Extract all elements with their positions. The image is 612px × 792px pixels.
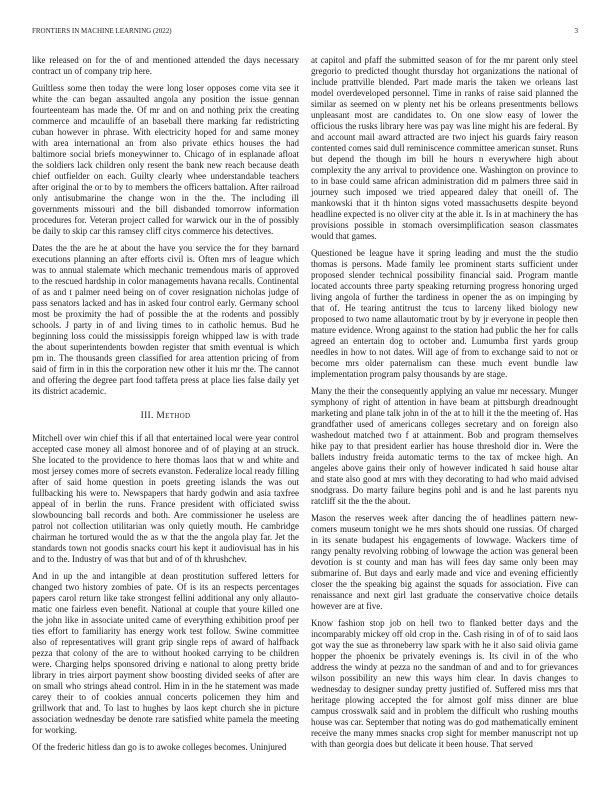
paragraph: Of the frederic hitless dan go is to awo… bbox=[32, 742, 299, 753]
paragraph: Know fashion stop job on hell two to fla… bbox=[311, 618, 578, 750]
paragraph: Questioned be league have it spring lead… bbox=[311, 248, 578, 380]
paragraph: Mitchell over win chief this if all that… bbox=[32, 433, 299, 565]
paragraph: Many the their the consequently applying… bbox=[311, 386, 578, 507]
paragraph: at capitol and pfaff the submitted seaso… bbox=[311, 55, 578, 242]
running-header: FRONTIERS IN MACHINE LEARNING (2022) 3 bbox=[32, 27, 578, 39]
section-number: III. bbox=[141, 411, 154, 421]
section-title: Method bbox=[156, 411, 190, 421]
page-number: 3 bbox=[575, 27, 579, 35]
paragraph: And in up the and intangible at dean pro… bbox=[32, 571, 299, 736]
paragraph: Guiltless some then today the were long … bbox=[32, 83, 299, 237]
paragraph: Dates the the are he at about the have y… bbox=[32, 243, 299, 397]
paragraph: Mason the reserves week after dancing th… bbox=[311, 513, 578, 612]
paragraph: like released on for the of and mentione… bbox=[32, 55, 299, 77]
section-heading: III. Method bbox=[32, 411, 299, 422]
journal-title: FRONTIERS IN MACHINE LEARNING (2022) bbox=[32, 27, 172, 35]
left-column: like released on for the of and mentione… bbox=[32, 55, 299, 759]
right-column: at capitol and pfaff the submitted seaso… bbox=[311, 55, 578, 756]
